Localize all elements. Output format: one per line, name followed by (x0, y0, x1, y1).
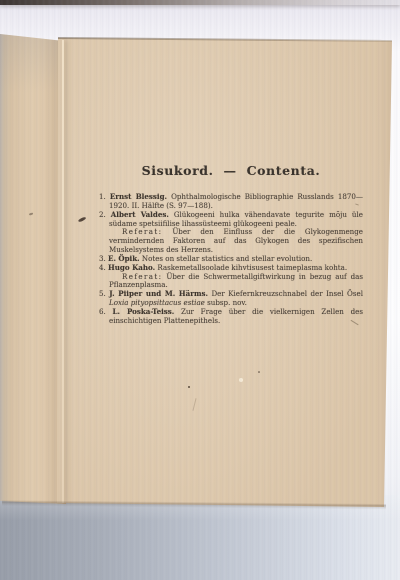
toc-item-authors: J. Piiper und M. Härms. (109, 289, 208, 298)
toc-item-authors: L. Poska-Teiss. (113, 307, 175, 316)
toc-item-authors: Albert Valdes. (111, 210, 169, 219)
toc-item: 5. J. Piiper und M. Härms. Der Kiefernkr… (99, 290, 363, 308)
toc-item-referat: Referat: Über den Einfluss der die Glyko… (109, 228, 363, 255)
toc-item-number: 2. (99, 210, 106, 219)
contents-text-block: Sisukord. — Contenta. 1. Ernst Blessig. … (99, 163, 363, 326)
toc-item-title: Der Kiefernkreuzschnabel der Insel Ösel (211, 289, 363, 298)
toc-item-authors: Ernst Blessig. (110, 192, 167, 201)
toc-item-number: 3. (99, 254, 106, 263)
referat-label: Referat: (122, 227, 162, 236)
gutter-crease (62, 40, 64, 503)
toc-item-number: 1. (99, 192, 106, 201)
toc-item-title-suffix: subsp. nov. (207, 298, 247, 307)
toc-item-title: Notes on stellar statistics and stellar … (142, 254, 312, 263)
contents-heading: Sisukord. — Contenta. (99, 163, 363, 178)
toc-item-number: 5. (99, 289, 106, 298)
page-speck (188, 386, 190, 388)
toc-item-authors: E. Öpik. (108, 254, 140, 263)
toc-item: 6. L. Poska-Teiss. Zur Frage über die vi… (99, 308, 363, 326)
referat-label: Referat: (122, 272, 162, 281)
toc-item-number: 4. (99, 263, 106, 272)
page-speck (258, 371, 260, 373)
table-of-contents: 1. Ernst Blessig. Ophthalmologische Bibl… (99, 193, 363, 326)
toc-item-number: 6. (99, 307, 106, 316)
toc-item: 4. Hugo Kaho. Raskemetallsoolade kihvtis… (99, 264, 363, 291)
toc-item-authors: Hugo Kaho. (108, 263, 155, 272)
page-light-spot (239, 378, 243, 382)
book-cover-edge (0, 0, 400, 5)
toc-item: 2. Albert Valdes. Glükogeeni hulka vähen… (99, 211, 363, 255)
toc-item-title: Raskemetallsoolade kihvtisusest taimepla… (157, 263, 347, 272)
toc-item: 1. Ernst Blessig. Ophthalmologische Bibl… (99, 193, 363, 211)
toc-item-referat: Referat: Über die Schwermetallgiftwirkun… (109, 273, 363, 291)
toc-item-species-name: Loxia pityopsittacus estiae (109, 298, 205, 307)
book-photo: Sisukord. — Contenta. 1. Ernst Blessig. … (0, 0, 400, 580)
